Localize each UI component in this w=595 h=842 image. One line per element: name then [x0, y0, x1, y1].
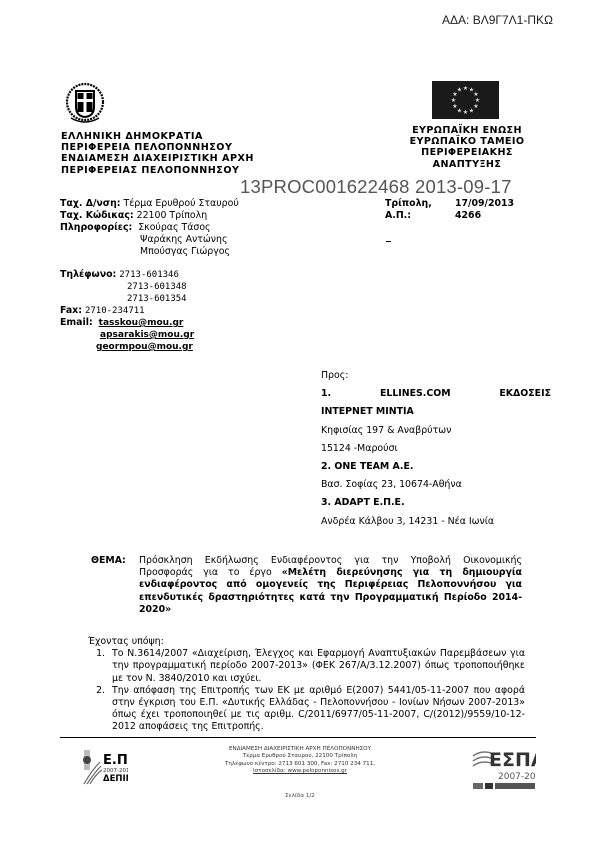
svg-text:★: ★: [457, 87, 462, 94]
info-label: Πληροφορίες:: [60, 222, 132, 233]
email-link[interactable]: geormpou@mou.gr: [96, 342, 193, 352]
svg-text:ΕΣΠΑ: ΕΣΠΑ: [489, 749, 536, 771]
recipient-name: INTEPNET ΜΙΝΤΙΑ: [321, 403, 551, 421]
postcode-value: 22100 Τρίπολη: [137, 210, 208, 221]
email-link[interactable]: tasskou@mou.gr: [99, 318, 184, 328]
info-person: Σκούρας Τάσος: [138, 222, 210, 233]
footer-link[interactable]: Ιστοσελίδα: www.peloponnisos.gr: [190, 768, 410, 775]
postcode-label: Ταχ. Κώδικας:: [60, 210, 134, 221]
place-label: Τρίπολη,: [385, 198, 432, 209]
email-link[interactable]: apsarakis@mou.gr: [100, 330, 194, 340]
protocol-label: Α.Π.:: [385, 210, 411, 221]
info-person: Ψαράκης Αντώνης: [60, 234, 239, 246]
subject-block: ΘΕΜΑ: Πρόσκληση Εκδήλωσης Ενδιαφέροντος …: [91, 555, 522, 616]
issuer-line: ΠΕΡΙΦΕΡΕΙΑΣ ΠΕΛΟΠΟΝΝΗΣΟΥ: [61, 165, 254, 176]
svg-text:★: ★: [452, 103, 457, 110]
recipients-block: Προς: 1. ELLINES.COM ΕΚΔΟΣΕΙΣ INTEPNET Μ…: [321, 367, 551, 531]
svg-text:Ε.Π.: Ε.Π.: [103, 753, 128, 768]
recipient-name-part: ELLINES.COM: [380, 385, 451, 403]
svg-text:★: ★: [469, 108, 474, 115]
svg-text:★: ★: [463, 109, 468, 116]
eu-flag-icon: ★ ★ ★ ★ ★ ★ ★ ★ ★ ★ ★ ★: [432, 81, 499, 119]
considerations-block: Έχοντας υπόψη: Το Ν.3614/2007 «Διαχείρισ…: [88, 636, 525, 734]
eu-line: ΕΥΡΩΠΑΪΚΟ ΤΑΜΕΙΟ: [403, 136, 531, 147]
dash-mark: [386, 241, 391, 242]
eu-header: ΕΥΡΩΠΑΪΚΗ ΕΝΩΣΗ ΕΥΡΩΠΑΪΚΟ ΤΑΜΕΙΟ ΠΕΡΙΦΕΡ…: [403, 125, 531, 170]
footer-line: Τέρμα Ερυθρού Σταυρού, 22100 Τρίπολη: [190, 753, 410, 760]
issuer-line: ΕΛΛΗΝΙΚΗ ΔΗΜΟΚΡΑΤΙΑ: [61, 131, 254, 142]
fax-label: Fax:: [60, 305, 82, 316]
issuer-line: ΠΕΡΙΦΕΡΕΙΑ ΠΕΛΟΠΟΝΝΗΣΟΥ: [61, 142, 254, 153]
recipient-name: 3. ADAPT Ε.Π.Ε.: [321, 494, 551, 512]
eu-line: ΠΕΡΙΦΕΡΕΙΑΚΗΣ: [403, 147, 531, 158]
recipient-number: 1.: [321, 385, 331, 403]
to-label: Προς:: [321, 367, 551, 385]
consideration-item: Την απόφαση της Επιτροπής των ΕΚ με αριθ…: [108, 685, 525, 734]
protocol-stamp: 13PROC001622468 2013-09-17: [240, 176, 512, 198]
contact-block: Τηλέφωνο: 2713-601346 2713-601348 2713-6…: [60, 269, 194, 353]
issuer-line: ΕΝΔΙΑΜΕΣΗ ΔΙΑΧΕΙΡΙΣΤΙΚΗ ΑΡΧΗ: [61, 153, 254, 164]
eu-line: ΑΝΑΠΤΥΞΗΣ: [403, 159, 531, 170]
svg-text:2007-2013: 2007-2013: [498, 772, 536, 782]
svg-text:ΔΕΠΙΝ: ΔΕΠΙΝ: [103, 774, 128, 784]
info-person: Μπούσγας Γιώργος: [60, 246, 239, 258]
phone-number: 2713-601354: [127, 294, 187, 304]
footer-address: ΕΝΔΙΑΜΕΣΗ ΔΙΑΧΕΙΡΙΣΤΙΚΗ ΑΡΧΗ ΠΕΛΟΠΟΝΝΗΣΟ…: [190, 746, 410, 776]
ep-depin-logo-icon: Ε.Π. 2007-2013 ΔΕΠΙΝ: [82, 748, 128, 786]
ada-code: ΑΔΑ: ΒΛ9Γ7Λ1-ΠΚΩ: [442, 13, 553, 27]
eu-line: ΕΥΡΩΠΑΪΚΗ ΕΝΩΣΗ: [403, 125, 531, 136]
fax-number: 2710-234711: [85, 306, 145, 316]
svg-text:★: ★: [451, 97, 456, 104]
espa-logo-icon: ΕΣΠΑ 2007-2013: [471, 744, 536, 792]
email-label: Email:: [60, 317, 93, 328]
hellenic-republic-emblem-icon: [65, 82, 105, 124]
recipient-address: Βασ. Σοφίας 23, 10674-Αθήνα: [321, 476, 551, 494]
document-meta: Τρίπολη,17/09/2013 Α.Π.:4266: [385, 198, 432, 222]
street-label: Ταχ. Δ/νση:: [60, 198, 121, 209]
protocol-number: 4266: [455, 210, 481, 222]
subject-label: ΘΕΜΑ:: [91, 555, 126, 567]
phone-number: 2713-601346: [119, 270, 179, 280]
recipient-name: 2. ONE TEAM A.E.: [321, 458, 551, 476]
footer-divider: [60, 737, 536, 738]
recipient-address: Κηφισίας 197 & Αναβρύτων: [321, 422, 551, 440]
svg-text:★: ★: [463, 85, 468, 92]
street-value: Τέρμα Ερυθρού Σταυρού: [123, 198, 238, 209]
recipient-address: Ανδρέα Κάλβου 3, 14231 - Νέα Ιωνία: [321, 513, 551, 531]
page-number: Σελίδα 1/2: [270, 793, 330, 799]
recipient-address: 15124 -Μαρούσι: [321, 440, 551, 458]
consideration-item: Το Ν.3614/2007 «Διαχείριση, Έλεγχος και …: [108, 648, 525, 685]
recipient-name: 1. ELLINES.COM ΕΚΔΟΣΕΙΣ: [321, 385, 551, 403]
phone-label: Τηλέφωνο:: [60, 269, 116, 280]
considerations-intro: Έχοντας υπόψη:: [88, 636, 525, 648]
recipient-name-part: ΕΚΔΟΣΕΙΣ: [499, 385, 551, 403]
phone-number: 2713-601348: [127, 282, 187, 292]
issuer-header: ΕΛΛΗΝΙΚΗ ΔΗΜΟΚΡΑΤΙΑ ΠΕΡΙΦΕΡΕΙΑ ΠΕΛΟΠΟΝΝΗ…: [61, 131, 254, 176]
sender-address: Ταχ. Δ/νση: Τέρμα Ερυθρού Σταυρού Ταχ. Κ…: [60, 198, 239, 258]
document-date: 17/09/2013: [455, 198, 514, 210]
